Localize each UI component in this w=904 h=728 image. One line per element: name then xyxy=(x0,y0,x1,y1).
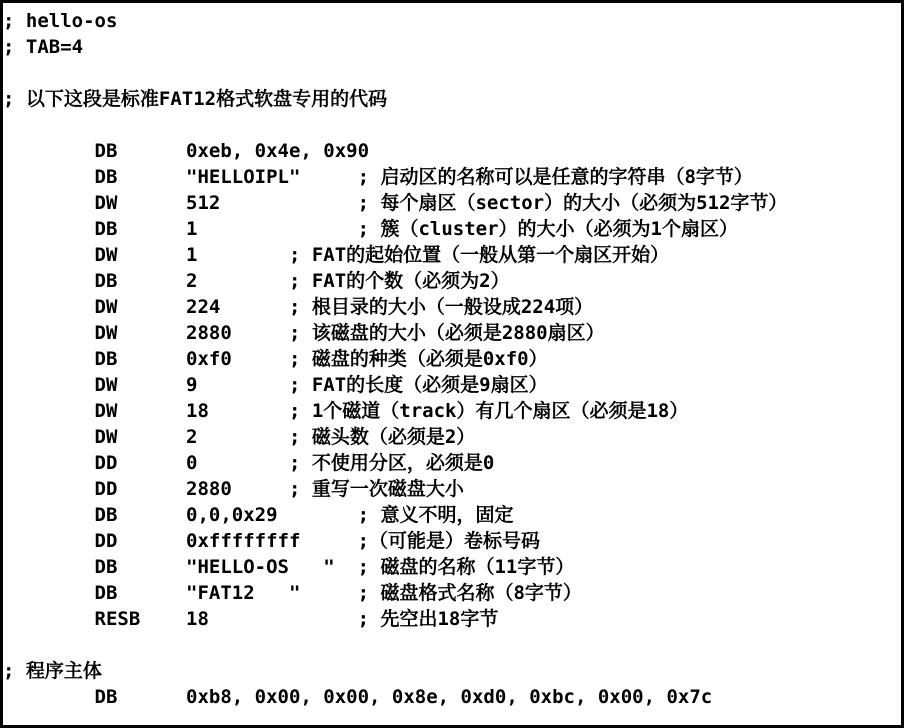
code-line: DB "HELLO-OS " ; 磁盘的名称（11字节） xyxy=(3,554,901,580)
code-line: DB "FAT12 " ; 磁盘格式名称（8字节） xyxy=(3,580,901,606)
code-line: RESB 18 ; 先空出18字节 xyxy=(3,606,901,632)
code-line: ; 以下这段是标准FAT12格式软盘专用的代码 xyxy=(3,86,901,112)
code-line xyxy=(3,112,901,138)
code-line: DD 0xffffffff ;（可能是）卷标号码 xyxy=(3,528,901,554)
code-line: ; 程序主体 xyxy=(3,658,901,684)
code-line: DB 0xb8, 0x00, 0x00, 0x8e, 0xd0, 0xbc, 0… xyxy=(3,684,901,710)
code-line: ; TAB=4 xyxy=(3,34,901,60)
code-line xyxy=(3,60,901,86)
code-line: DB 0xf0 ; 磁盘的种类（必须是0xf0） xyxy=(3,346,901,372)
code-line: DD 2880 ; 重写一次磁盘大小 xyxy=(3,476,901,502)
code-line: DW 18 ; 1个磁道（track）有几个扇区（必须是18） xyxy=(3,398,901,424)
code-line: DW 224 ; 根目录的大小（一般设成224项） xyxy=(3,294,901,320)
code-line: DD 0 ; 不使用分区，必须是0 xyxy=(3,450,901,476)
code-line xyxy=(3,632,901,658)
code-line: DW 9 ; FAT的长度（必须是9扇区） xyxy=(3,372,901,398)
code-line: DW 1 ; FAT的起始位置（一般从第一个扇区开始） xyxy=(3,242,901,268)
code-line: DB "HELLOIPL" ; 启动区的名称可以是任意的字符串（8字节） xyxy=(3,164,901,190)
code-line: DW 2880 ; 该磁盘的大小（必须是2880扇区） xyxy=(3,320,901,346)
code-line: ; hello-os xyxy=(3,8,901,34)
code-line: DW 2 ; 磁头数（必须是2） xyxy=(3,424,901,450)
code-line: DW 512 ; 每个扇区（sector）的大小（必须为512字节） xyxy=(3,190,901,216)
code-line: DB 1 ; 簇（cluster）的大小（必须为1个扇区） xyxy=(3,216,901,242)
code-listing: ; hello-os ; TAB=4 ; 以下这段是标准FAT12格式软盘专用的… xyxy=(0,0,904,728)
code-line: DB 0,0,0x29 ; 意义不明，固定 xyxy=(3,502,901,528)
code-line: DB 2 ; FAT的个数（必须为2） xyxy=(3,268,901,294)
code-line: DB 0xeb, 0x4e, 0x90 xyxy=(3,138,901,164)
